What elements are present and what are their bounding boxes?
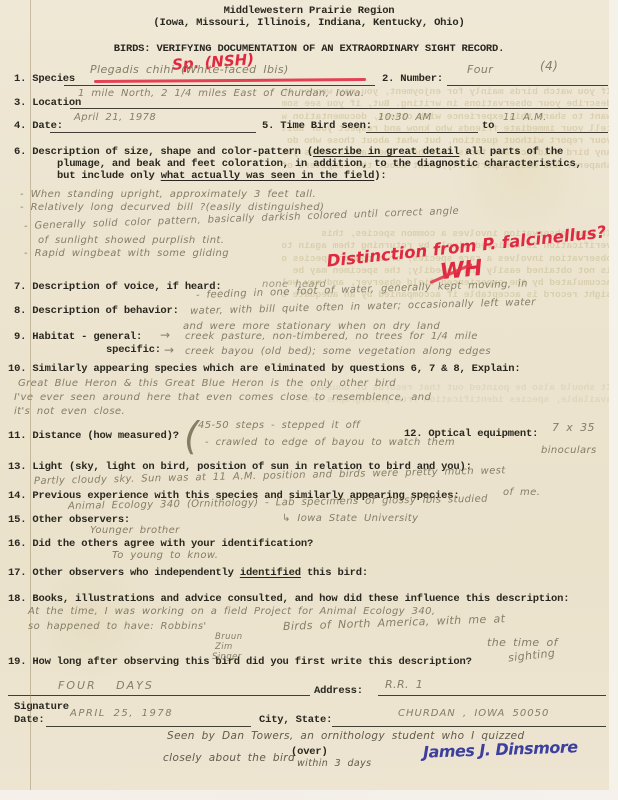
field-behavior-label: 8. Description of behavior: xyxy=(14,305,179,317)
form-line xyxy=(46,726,251,727)
pencil-note-line: within 3 days xyxy=(297,758,372,769)
light-answer-line: of me. xyxy=(503,487,540,498)
form-line xyxy=(70,108,608,109)
field-time-from: 10:30 AM xyxy=(378,112,432,123)
label-text: ): xyxy=(374,170,386,182)
pencil-note-line: closely about the bird xyxy=(163,753,295,764)
habitat-general-answer: creek pasture, non-timbered, no trees fo… xyxy=(185,331,478,342)
field-voice-label: 7. Description of voice, if heard: xyxy=(14,281,221,293)
description-answer-line: of sunlight showed purplish tint. xyxy=(38,235,224,246)
signature-date-answer: APRIL 25, 1978 xyxy=(70,708,173,719)
label-underlined: what actually was seen in the field xyxy=(161,170,375,182)
description-answer-line: - Rapid wingbeat with some gliding xyxy=(24,248,229,259)
agree-answer: To young to know. xyxy=(112,550,218,561)
address-label: Address: xyxy=(314,685,363,697)
field-time-to: 11 A.M. xyxy=(503,112,547,123)
paper-crease xyxy=(30,0,31,790)
field-location-answer: 1 mile North, 2 1/4 miles East of Churda… xyxy=(78,88,364,99)
description-answer-line: - When standing upright, approximately 3… xyxy=(20,189,316,200)
scanner-background xyxy=(0,790,618,800)
label-text: this bird: xyxy=(301,567,368,579)
field-description-label-line2: plumage, and beak and feet coloration, i… xyxy=(57,158,582,170)
field-habitat-specific-label: specific: xyxy=(106,344,161,356)
label-text: but include only xyxy=(57,170,161,182)
field-number-label: 2. Number: xyxy=(382,73,443,85)
distance-answer-line: 45-50 steps - stepped it off xyxy=(198,420,360,431)
red-underline xyxy=(94,78,366,82)
form-line xyxy=(378,695,606,696)
form-line xyxy=(366,132,478,133)
city-state-label: City, State: xyxy=(259,714,332,726)
field-number-answer: Four xyxy=(467,64,493,75)
optics-answer-line: binoculars xyxy=(541,445,597,456)
form-line xyxy=(497,132,608,133)
field-time-to-word: to xyxy=(482,120,494,132)
label-text: all parts of the xyxy=(459,146,563,158)
field-time-label: 5. Time Bird seen: xyxy=(262,120,372,132)
handwritten-bracket: ( xyxy=(184,414,199,458)
field-description-label-line1: 6. Description of size, shape and color-… xyxy=(14,146,563,158)
field-agree-label: 16. Did the others agree with your ident… xyxy=(8,538,313,550)
arrow-mark: → xyxy=(164,345,174,356)
region-states: (Iowa, Missouri, Illinois, Indiana, Kent… xyxy=(0,17,618,29)
field-similar-species-label: 10. Similarly appearing species which ar… xyxy=(8,363,521,375)
form-line xyxy=(332,726,606,727)
field-description-label-line3: but include only what actually was seen … xyxy=(57,170,386,182)
label-underlined: describe in great detail xyxy=(313,146,459,158)
experience-answer-line: ↳ Iowa State University xyxy=(282,513,418,524)
arrow-mark: → xyxy=(160,330,170,341)
field-number-count: (4) xyxy=(540,61,558,72)
field-species-label: 1. Species xyxy=(14,73,75,85)
books-answer-line: At the time, I was working on a field Pr… xyxy=(28,606,435,617)
scanned-document-page: If you watch birds mainly for enjoyment,… xyxy=(0,0,618,800)
optics-answer-line: 7 x 35 xyxy=(552,422,595,433)
books-answer-line: sighting xyxy=(508,648,556,664)
similar-species-answer-line: Great Blue Heron & this Great Blue Heron… xyxy=(18,378,396,389)
region-title: Middlewestern Prairie Region xyxy=(0,5,618,17)
address-answer: R.R. 1 xyxy=(385,679,423,690)
form-line xyxy=(50,132,256,133)
field-books-label: 18. Books, illustrations and advice cons… xyxy=(8,593,569,605)
habitat-specific-answer: creek bayou (old bed); some vegetation a… xyxy=(185,346,491,357)
label-text: 6. Description of size, shape and color-… xyxy=(14,146,313,158)
label-underlined: identified xyxy=(240,567,301,579)
over-note: (over) xyxy=(291,746,328,758)
form-title: BIRDS: VERIFYING DOCUMENTATION OF AN EXT… xyxy=(0,43,618,55)
delay-answer: FOUR DAYS xyxy=(58,680,154,691)
form-line xyxy=(64,85,375,86)
paper-edge xyxy=(609,0,618,790)
label-text: 17. Other observers who independently xyxy=(8,567,240,579)
field-date-label: 4. Date: xyxy=(14,120,63,132)
field-habitat-general-label: 9. Habitat - general: xyxy=(14,331,142,343)
other-observers-answer: Younger brother xyxy=(90,525,180,536)
similar-species-answer-line: I've ever seen around here that even com… xyxy=(14,392,431,403)
signature-label: Signature xyxy=(14,701,69,713)
field-optics-label: 12. Optical equipment: xyxy=(404,428,538,440)
form-line xyxy=(8,695,310,696)
books-answer-line: so happened to have: Robbins' xyxy=(28,621,207,632)
field-delay-label: 19. How long after observing this bird d… xyxy=(8,656,472,668)
city-state-answer: CHURDAN , IOWA 50050 xyxy=(398,708,549,719)
form-line xyxy=(447,85,608,86)
field-species-answer: Plegadis chihi (White-faced Ibis) xyxy=(90,64,289,75)
field-date-answer: April 21, 1978 xyxy=(74,112,156,123)
field-independent-id-label: 17. Other observers who independently id… xyxy=(8,567,368,579)
signature: James J. Dinsmore xyxy=(423,737,578,761)
field-distance-label: 11. Distance (how measured)? xyxy=(8,430,179,442)
